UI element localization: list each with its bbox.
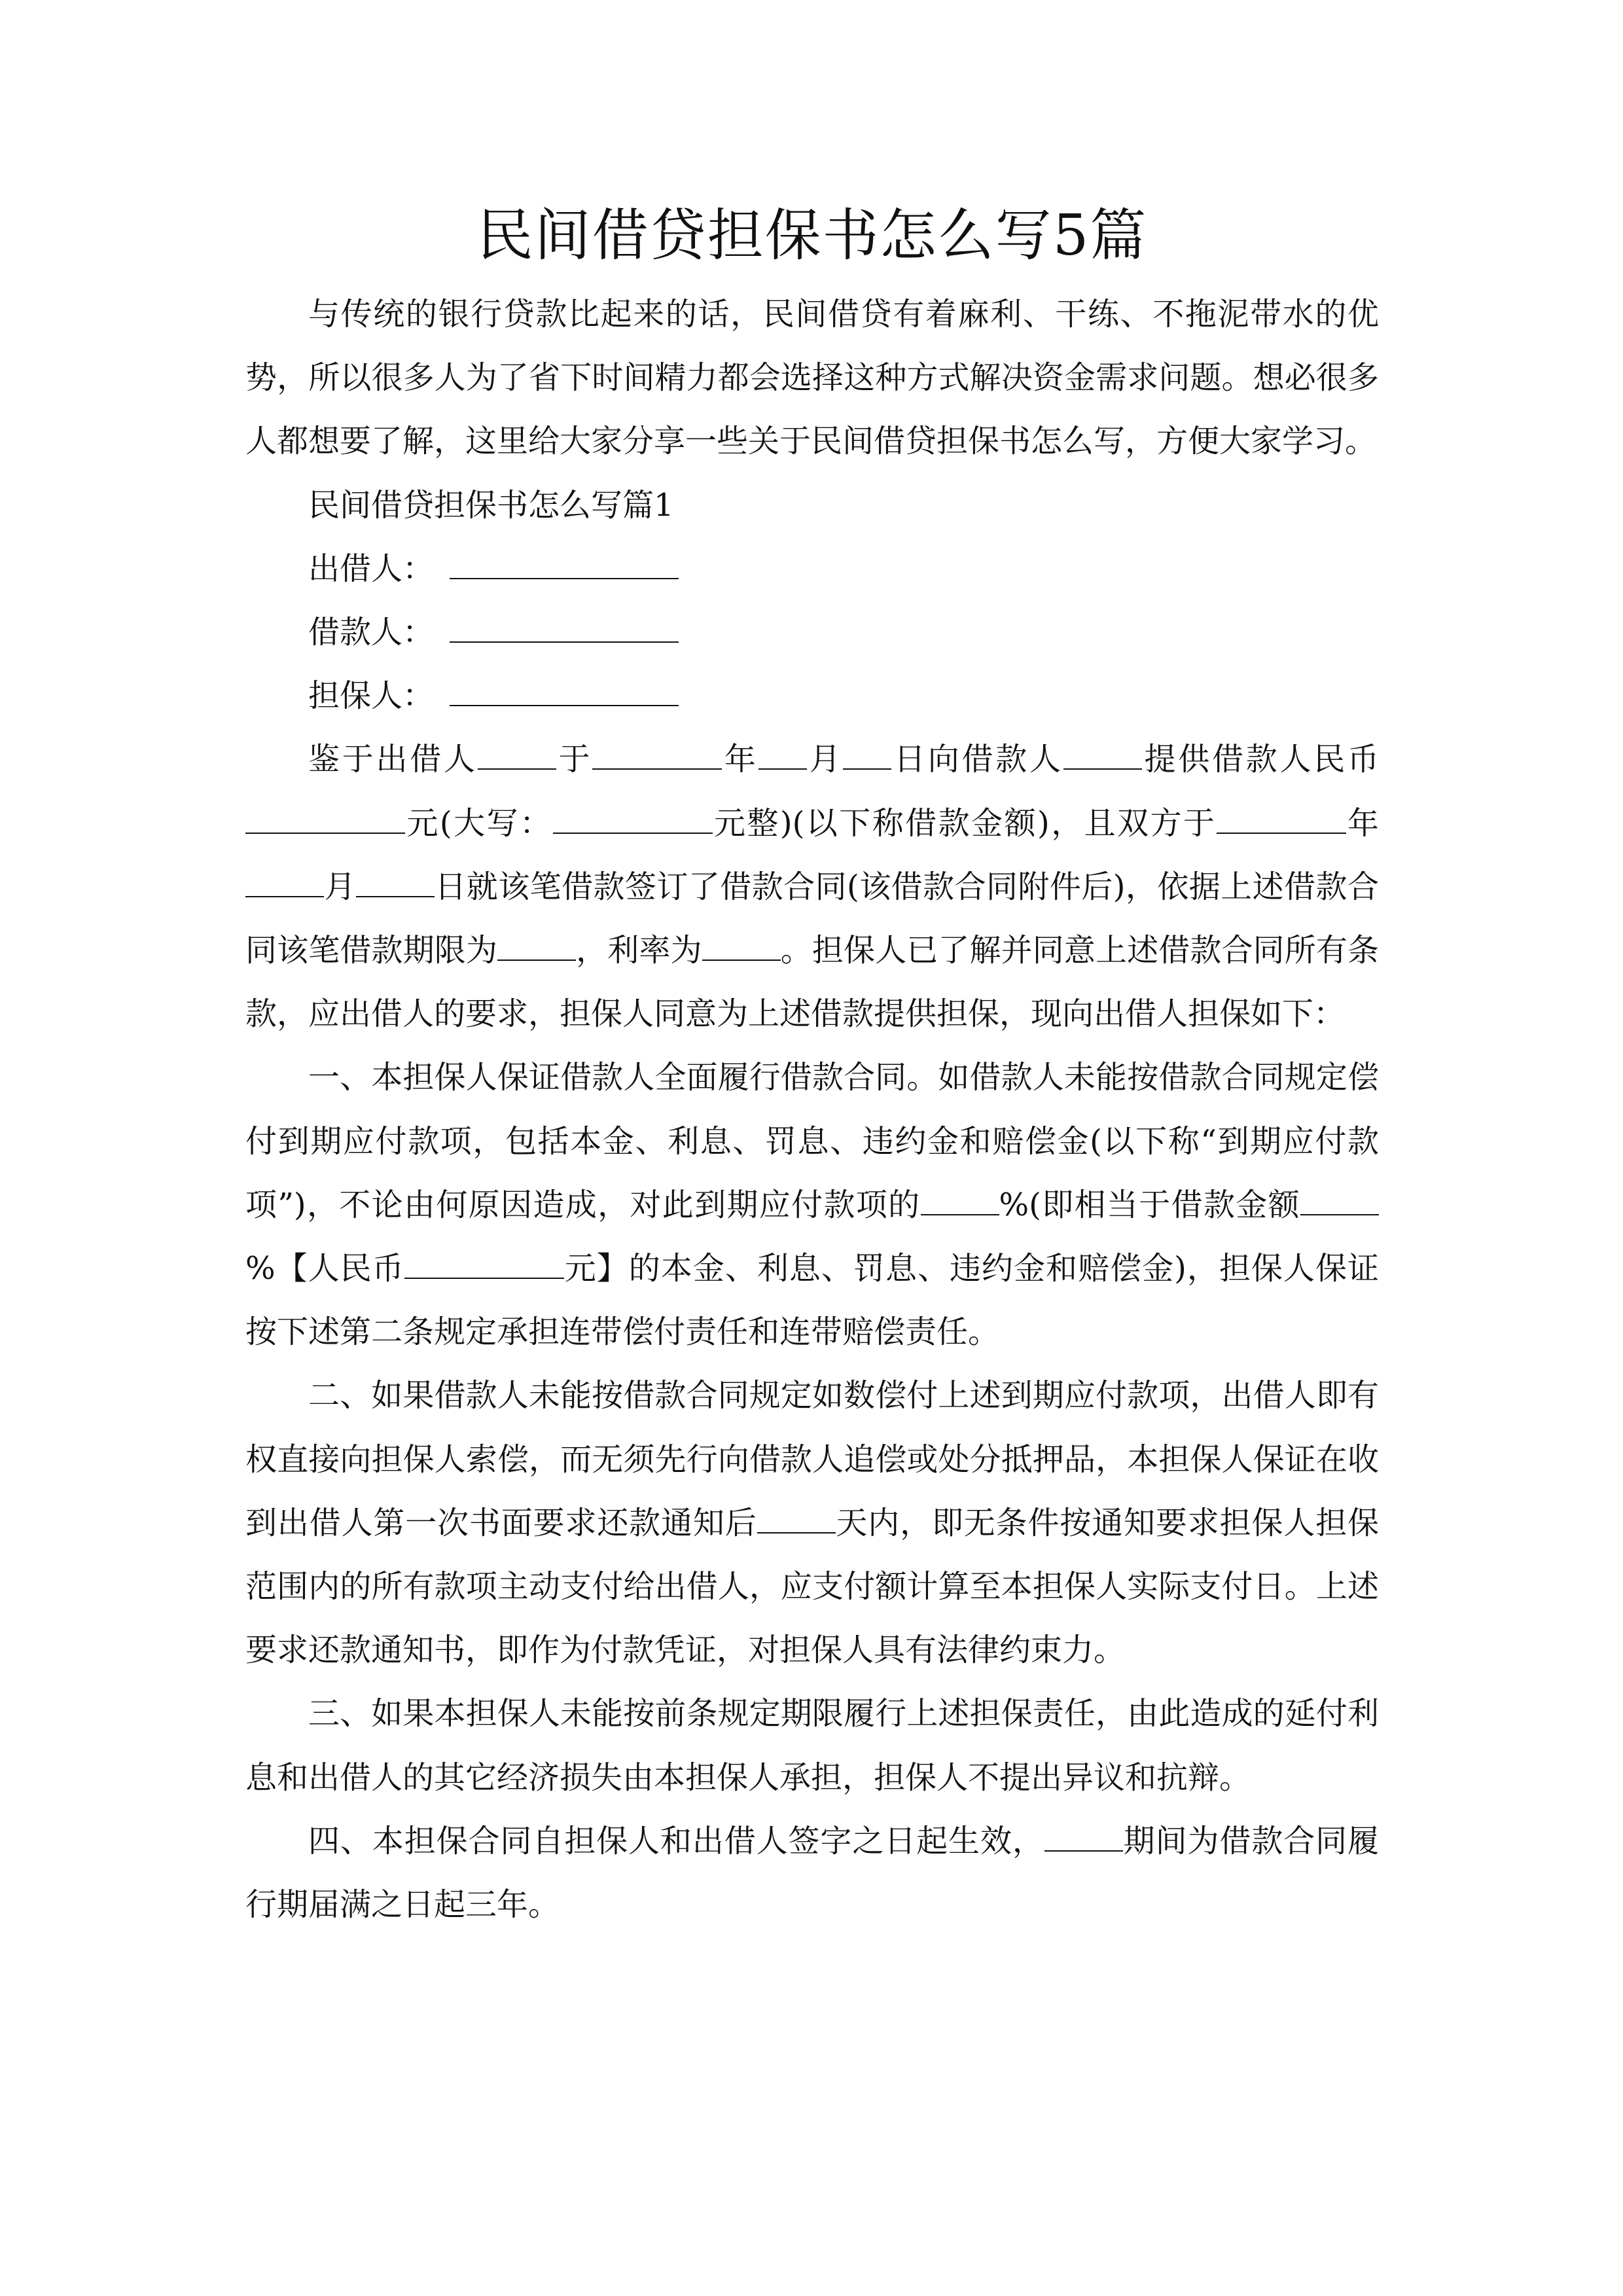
rate-blank[interactable] [702,933,781,961]
amount-words-blank[interactable] [553,806,713,834]
recital-text: 年 [1346,805,1379,842]
section-heading: 民间借贷担保书怎么写篇1 [245,474,1379,537]
day-blank[interactable] [843,742,891,770]
recital-text: 鉴于出借人 [308,741,478,778]
borrower-label: 借款人： [308,614,434,651]
contract-year-blank[interactable] [1217,806,1346,834]
recital-text: 元(大写： [405,805,553,842]
rmb-amount-blank[interactable] [404,1251,564,1279]
intro-paragraph: 与传统的银行贷款比起来的话，民间借贷有着麻利、干练、不拖泥带水的优势，所以很多人… [245,283,1379,474]
recital-text: 提供借款人民币 [1142,741,1379,778]
clause-2: 二、如果借款人未能按借款合同规定如数偿付上述到期应付款项，出借人即有权直接向担保… [245,1364,1379,1682]
contract-day-blank[interactable] [356,870,435,897]
recital-text: 月 [324,869,356,905]
clause-3: 三、如果本担保人未能按前条规定期限履行上述担保责任，由此造成的延付利息和出借人的… [245,1682,1379,1809]
lender-name-blank[interactable] [478,742,556,770]
clause-text: %【人民币 [245,1250,404,1287]
recital-text: 日向借款人 [891,741,1063,778]
borrower-blank[interactable] [450,615,679,643]
recital-paragraph: 鉴于出借人于年月日向借款人提供借款人民币元(大写：元整)(以下称借款金额)，且双… [245,728,1379,1046]
lender-label: 出借人： [308,550,434,587]
document-title: 民间借贷担保书怎么写5篇 [245,196,1379,275]
lender-blank[interactable] [450,552,679,579]
guarantor-label: 担保人： [308,677,434,714]
clause-1: 一、本担保人保证借款人全面履行借款合同。如借款人未能按借款合同规定偿付到期应付款… [245,1046,1379,1364]
clause-text: %(即相当于借款金额 [999,1187,1300,1223]
recital-text: ，利率为 [576,932,702,969]
period-blank[interactable] [1044,1824,1123,1852]
recital-text: 月 [807,741,844,778]
year-blank[interactable] [592,742,722,770]
recital-text: 于 [556,741,593,778]
percent-blank[interactable] [921,1188,999,1215]
clause-4: 四、本担保合同自担保人和出借人签字之日起生效，期间为借款合同履行期届满之日起三年… [245,1810,1379,1937]
amount-blank[interactable] [245,806,405,834]
recital-text: 年 [722,741,758,778]
month-blank[interactable] [758,742,807,770]
term-blank[interactable] [497,933,576,961]
borrower-field: 借款人： [245,601,1379,664]
clause-text: 四、本担保合同自担保人和出借人签字之日起生效， [308,1823,1044,1859]
contract-month-blank[interactable] [245,870,324,897]
guarantor-field: 担保人： [245,664,1379,728]
borrower-name-blank[interactable] [1063,742,1142,770]
recital-text: 元整)(以下称借款金额)，且双方于 [713,805,1217,842]
lender-field: 出借人： [245,537,1379,601]
days-blank[interactable] [757,1506,836,1534]
guarantor-blank[interactable] [450,679,679,706]
percent-of-amount-blank[interactable] [1300,1188,1379,1215]
document-body: 与传统的银行贷款比起来的话，民间借贷有着麻利、干练、不拖泥带水的优势，所以很多人… [245,283,1379,1937]
